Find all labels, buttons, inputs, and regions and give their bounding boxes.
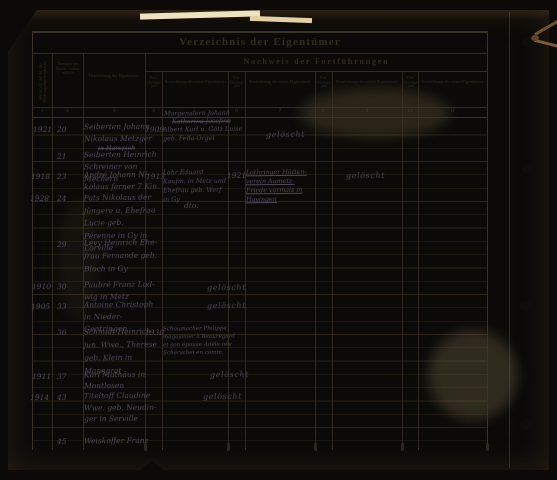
entry-year: 1910 bbox=[32, 281, 51, 293]
binding-thread-knot bbox=[531, 35, 539, 41]
fortfuehrung-new-owner: Lahr Eduard Kaufm. in Metz und Ehefrau g… bbox=[163, 168, 227, 205]
ink-blob bbox=[486, 443, 489, 451]
column-number-2: 2 bbox=[52, 109, 83, 114]
column-number-3: 3 bbox=[83, 109, 145, 114]
entry-year: 1918 bbox=[31, 171, 50, 183]
entry-owner: Karl Mathäus in Montlosen bbox=[84, 369, 150, 392]
col-line bbox=[402, 71, 403, 450]
entry-year: 1905 bbox=[31, 301, 50, 313]
fortfuehrung-year: 1921 bbox=[227, 170, 246, 182]
entry-owner: Titeltoff Claudine Wwe. geb. Neudin- ger… bbox=[84, 390, 160, 425]
fortfuehrung-year: 1930 bbox=[145, 327, 164, 339]
entry-year: 1921 bbox=[33, 124, 52, 136]
table-border-left bbox=[32, 31, 33, 450]
table-border-top bbox=[32, 31, 488, 33]
column-header-fortjahr-8: Fort- führungs- jahr bbox=[316, 76, 332, 89]
entry-number: 33 bbox=[57, 301, 67, 313]
ink-blob bbox=[401, 443, 404, 451]
column-header-artikelnummer: Nummer des Mutter- rollen- artikels bbox=[53, 62, 83, 76]
entry-number: 29 bbox=[57, 239, 67, 251]
entry-year: 1928 bbox=[30, 193, 49, 205]
column-number-7: 7 bbox=[245, 109, 315, 114]
entry-year: 1911 bbox=[32, 371, 51, 383]
column-header-newowner-7: Bezeichnung des neuen Eigentümers bbox=[247, 80, 313, 85]
column-number-10: 10 bbox=[402, 109, 418, 114]
entry-owner: Weiskoffer Franz bbox=[84, 435, 164, 448]
geloescht-note: gelöscht bbox=[203, 391, 242, 403]
geloescht-note: gelöscht bbox=[207, 300, 246, 312]
col-line bbox=[332, 71, 333, 450]
column-header-anlegungsjahr: Jahreszahl, mit der das Blatt angelegt w… bbox=[39, 60, 48, 104]
title-underline bbox=[32, 53, 488, 54]
fortfuehrung-new-owner: Albert Karl u. Götz Luise geb. Fella-Org… bbox=[163, 125, 247, 144]
column-header-fortjahr-10: Fort- führungs- jahr bbox=[403, 76, 419, 89]
ink-blob bbox=[227, 443, 230, 451]
col-line bbox=[418, 71, 419, 450]
colnum-underline bbox=[32, 117, 488, 118]
entry-number: 30 bbox=[57, 281, 67, 293]
fortfuehrung-dto: dto. bbox=[184, 200, 199, 212]
column-number-8: 8 bbox=[315, 109, 332, 114]
banner-underline bbox=[145, 71, 488, 72]
geloescht-note: gelöscht bbox=[266, 129, 305, 141]
table-border-right bbox=[487, 31, 488, 450]
fortfuehrung-new-owner: Schoumacher Philippe, magasinier à Beaur… bbox=[163, 325, 235, 358]
geloescht-note: gelöscht bbox=[210, 369, 249, 381]
entry-year: 1914 bbox=[30, 392, 49, 404]
column-number-1: 1 bbox=[32, 109, 52, 114]
column-number-9: 9 bbox=[332, 109, 402, 114]
column-header-newowner-9: Bezeichnung des neuen Eigentümers bbox=[334, 80, 400, 85]
fold-crease bbox=[509, 12, 510, 468]
geloescht-note: gelöscht bbox=[346, 170, 385, 182]
column-header-eigentuemer: Bezeichnung der Eigentümer bbox=[80, 74, 147, 79]
column-number-4: 4 bbox=[145, 109, 162, 114]
entry-number: 43 bbox=[57, 392, 67, 404]
entry-number: 37 bbox=[57, 371, 67, 383]
entry-number: 36 bbox=[57, 327, 67, 339]
entry-number: 20 bbox=[57, 124, 67, 136]
page-title: Verzeichnis der Eigentümer bbox=[32, 36, 488, 48]
fortfuehrung-year: 1909 bbox=[145, 124, 164, 136]
col-line bbox=[315, 71, 316, 450]
scanned-register-page: Verzeichnis der Eigentümer Nachweis der … bbox=[0, 0, 557, 480]
entry-owner: Levy Heinrich Ehe- frau Fernande geb. Bl… bbox=[84, 236, 160, 276]
column-number-11: 11 bbox=[418, 109, 487, 114]
ink-blob bbox=[314, 443, 317, 451]
column-header-newowner-11: Bezeichnung des neuen Eigentümers bbox=[420, 80, 485, 85]
geloescht-note: gelöscht bbox=[207, 282, 246, 294]
fortfuehrung-new-owner: Lothringer Hütten- verein Aumetz-Friede … bbox=[246, 168, 313, 205]
entry-number: 45 bbox=[57, 436, 67, 448]
column-header-fortjahr-4: Fort- führungs- jahr bbox=[146, 76, 162, 89]
header-underline bbox=[32, 107, 488, 108]
entry-number: 24 bbox=[57, 193, 67, 205]
entry-number: 21 bbox=[57, 151, 67, 163]
entry-number: 23 bbox=[57, 171, 67, 183]
fortfuehrungen-banner: Nachweis der Fortführungen bbox=[145, 57, 488, 66]
column-header-newowner-5: Bezeichnung des neuen Eigentümers bbox=[164, 80, 227, 85]
column-header-fortjahr-6: Fort- führungs- jahr bbox=[229, 76, 245, 89]
